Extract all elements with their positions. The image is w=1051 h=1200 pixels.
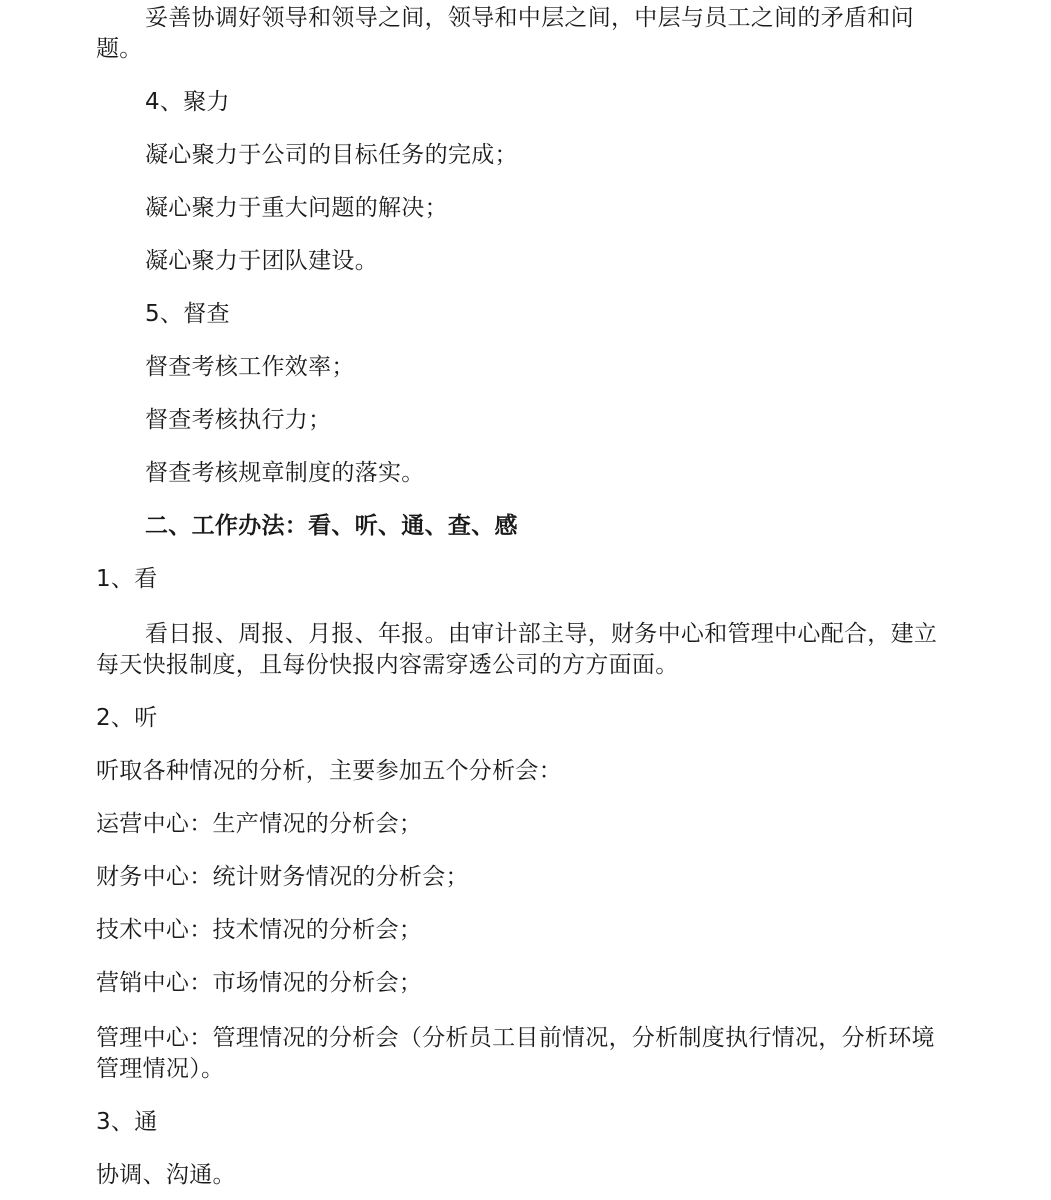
heading-listen: 2、听 — [96, 703, 958, 734]
paragraph-supervise-execution: 督查考核执行力； — [96, 405, 958, 436]
paragraph-focus-team: 凝心聚力于团队建设。 — [96, 246, 958, 277]
paragraph-coordinate-communicate: 协调、沟通。 — [96, 1160, 958, 1191]
paragraph-focus-goals: 凝心聚力于公司的目标任务的完成； — [96, 140, 958, 171]
paragraph-supervise-rules: 督查考核规章制度的落实。 — [96, 458, 958, 489]
paragraph-coordinate-conflicts: 妥善协调好领导和领导之间，领导和中层之间，中层与员工之间的矛盾和问题。 — [96, 3, 958, 65]
paragraph-supervise-efficiency: 督查考核工作效率； — [96, 352, 958, 383]
paragraph-listen-intro: 听取各种情况的分析，主要参加五个分析会： — [96, 756, 958, 787]
paragraph-marketing-center: 营销中心：市场情况的分析会； — [96, 968, 958, 999]
paragraph-management-center: 管理中心：管理情况的分析会（分析员工目前情况，分析制度执行情况，分析环境管理情况… — [96, 1023, 958, 1085]
paragraph-look-reports: 看日报、周报、月报、年报。由审计部主导，财务中心和管理中心配合，建立每天快报制度… — [96, 619, 958, 681]
paragraph-finance-center: 财务中心：统计财务情况的分析会； — [96, 862, 958, 893]
heading-communicate: 3、通 — [96, 1107, 958, 1138]
paragraph-focus-problems: 凝心聚力于重大问题的解决； — [96, 193, 958, 224]
heading-look: 1、看 — [96, 564, 958, 595]
heading-supervise: 5、督查 — [96, 299, 958, 330]
paragraph-tech-center: 技术中心：技术情况的分析会； — [96, 915, 958, 946]
section-heading-work-methods: 二、工作办法：看、听、通、查、感 — [96, 511, 958, 542]
paragraph-ops-center: 运营中心：生产情况的分析会； — [96, 809, 958, 840]
heading-focus: 4、聚力 — [96, 87, 958, 118]
